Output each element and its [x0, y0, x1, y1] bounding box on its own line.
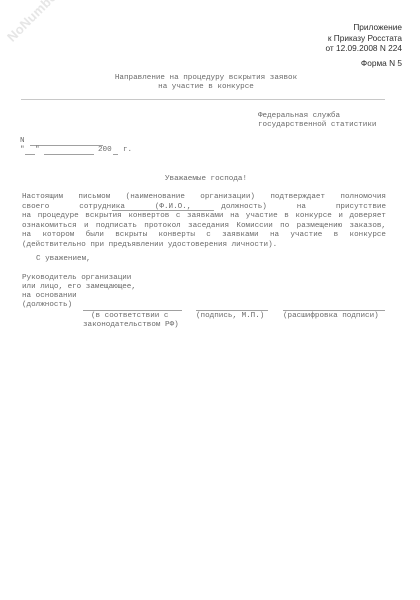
basis-caption-line-2: законодательством РФ) [83, 321, 179, 329]
document-title-line-1: Направление на процедуру вскрытия заявок [0, 74, 412, 82]
body-line: Настоящим письмом (наименование организа… [22, 193, 386, 203]
body-line: ознакомиться и подписать протокол заседа… [22, 222, 386, 232]
signature-field[interactable] [196, 310, 268, 311]
addressee-line-2: государственной статистики [258, 121, 376, 129]
basis-field[interactable] [83, 310, 182, 311]
signatory-position: (должность) [22, 301, 72, 309]
body-line: на котором были вскрыты конверты с заявк… [22, 231, 386, 241]
appendix-reference: Приложение к Приказу Росстата от 12.09.2… [325, 22, 402, 54]
appendix-line: к Приказу Росстата [325, 33, 402, 44]
signatory-line-1: Руководитель организации [22, 274, 131, 282]
signatory-line-3: на основании [22, 292, 77, 300]
appendix-line: от 12.09.2008 N 224 [325, 43, 402, 54]
date-year-digit-field[interactable] [113, 154, 118, 155]
body-line: на процедуре вскрытия конвертов с заявка… [22, 212, 386, 222]
form-number: Форма N 5 [361, 58, 402, 68]
signature-caption: (подпись, М.П.) [196, 312, 264, 320]
date-day-field[interactable] [25, 154, 35, 155]
document-title-line-2: на участие в конкурсе [0, 83, 412, 91]
appendix-line: Приложение [325, 22, 402, 33]
body-line: (действительно при предъявлении удостове… [22, 241, 386, 251]
date-close-quote: " [35, 146, 40, 154]
title-divider [21, 99, 385, 100]
body-paragraph: Настоящим письмом (наименование организа… [22, 193, 386, 251]
signatory-line-2: или лицо, его замещающее, [22, 283, 136, 291]
employee-name-field[interactable] [112, 210, 214, 211]
date-year-suffix: г. [123, 146, 132, 154]
addressee-line-1: Федеральная служба [258, 112, 340, 120]
basis-caption-line-1: (в соответствии с [91, 312, 168, 320]
greeting: Уважаемые господа! [0, 175, 412, 183]
signature-transcript-field[interactable] [283, 310, 385, 311]
reference-number-label: N [20, 137, 25, 145]
reference-number-field[interactable] [30, 145, 103, 146]
watermark: NoNumber.ru [4, 0, 75, 45]
closing: С уважением, [36, 255, 91, 263]
transcript-caption: (расшифровка подписи) [283, 312, 379, 320]
date-open-quote: " [20, 146, 25, 154]
date-month-field[interactable] [44, 154, 94, 155]
date-year-prefix: 200 [98, 146, 112, 154]
